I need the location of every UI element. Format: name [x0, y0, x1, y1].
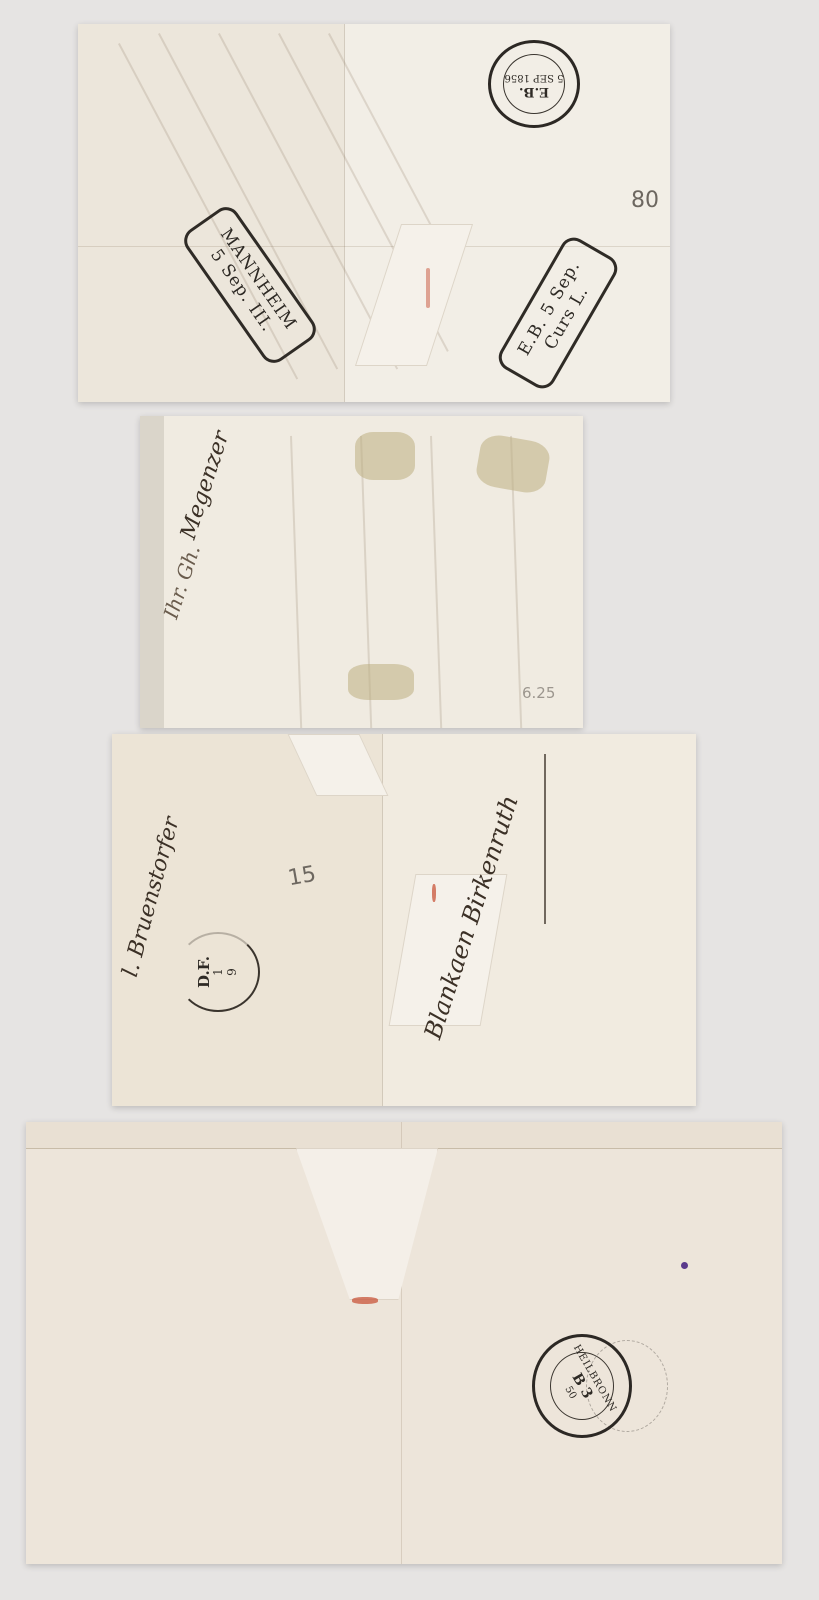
circular-datestamp: E.B. 5 SEP 1856 [488, 40, 580, 128]
pencil-note-15: 15 [286, 862, 318, 891]
violet-ink-mark [681, 1262, 688, 1269]
left-edge-strip [140, 416, 164, 728]
wax-seal-residue-top [355, 432, 415, 480]
circular-stamp-df: D.F. 1 9 [176, 932, 260, 1012]
stamp-line-3: 9 [225, 956, 239, 988]
datestamp-date: 5 SEP 1856 [504, 70, 563, 84]
wax-seal-residue-bottom [348, 664, 414, 700]
pencil-price-note: 6.25 [522, 684, 555, 702]
wax-seal-residue-right [474, 432, 552, 495]
red-seal-trace [426, 268, 430, 308]
stamp-line-2: 1 [211, 956, 225, 988]
red-seal-trace [432, 884, 436, 902]
letter-cover-3: l. Bruenstorfer Blankaen Birkenruth 15 D… [112, 734, 696, 1106]
red-wax-seal-trace [352, 1297, 378, 1304]
top-fold-strip [26, 1122, 782, 1149]
show-through-writing [290, 436, 304, 728]
underline-stroke [544, 754, 546, 924]
letter-cover-4: HEILBRONN B 3 50 [26, 1122, 782, 1564]
faint-secondary-ring [586, 1340, 668, 1432]
handwritten-address-1: Megenzer [176, 428, 234, 542]
stamp-line-1: D.F. [197, 956, 211, 988]
pencil-note-80: 80 [631, 188, 659, 213]
letter-cover-1: MANNHEIM 5 Sep. III. E.B. 5 SEP 1856 E.B… [78, 24, 670, 402]
torn-seal-flap [296, 1148, 438, 1300]
handwritten-address-2: Ihr. Gh. [159, 542, 205, 622]
letter-cover-2: Megenzer Ihr. Gh. 6.25 [140, 416, 583, 728]
datestamp-top: E.B. [504, 84, 563, 98]
show-through-writing [430, 436, 444, 728]
datestamp-text: E.B. 5 SEP 1856 [504, 70, 563, 98]
stamp-text: D.F. 1 9 [197, 956, 239, 988]
